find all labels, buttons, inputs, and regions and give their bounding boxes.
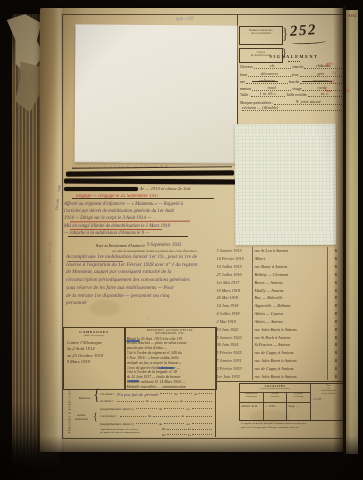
redaction-bar [64, 187, 138, 191]
residence-row: 30 Juin 1924 St Fuscien — Amiens R [216, 341, 345, 349]
localites-cell-2: — 1916 — [264, 403, 288, 420]
armee-group-label-2: territoriale [75, 417, 88, 421]
signalement-title: SIGNALEMENT [250, 54, 338, 59]
residence-row: 14 Juin 1918 Aigneville — Béthune R [216, 302, 345, 310]
residence-row: 14 Février 1915 Albert R [216, 255, 345, 263]
center-mark: ·:· [146, 316, 150, 321]
exercices-row: 1re (durée) ! du au [100, 411, 213, 419]
strikethrough [302, 81, 332, 82]
raye-paragraph-line: sous réserve de les faire aux établissem… [66, 285, 214, 293]
localites-col1-header: Subdivision derecrutement [240, 393, 264, 402]
campagnes-entry: du 2 Août 1914 [67, 346, 123, 353]
bottom-shadow [0, 436, 363, 480]
residence-row: 27 Juillet 1916 Béthisy — Clermont R [216, 270, 345, 278]
residence-row: 19 Mars 1918 Mailly — Amiens R [216, 286, 345, 294]
blessures-lines: Blessé le 25 Sept. 1915 à la côte 119dev… [127, 337, 216, 390]
record-tail-text: 4e — 1915 et classe 2e Juil. [140, 186, 236, 191]
campagnes-entry: Contre l'Allemagne [67, 340, 123, 347]
residence-row: 1er Mai 1917 Boves — Amiens R [216, 278, 345, 286]
localites-col3-header: En dehorsde l'Europe [287, 393, 310, 402]
marques-line-2: révision — (illisible) [242, 105, 342, 111]
residence-row: 7 Janvier 1931 rue Jules Barni à Amiens … [216, 357, 345, 365]
raye-stamp-label: Rayé au Recrutement d'Amiens le [96, 244, 145, 248]
exercices-last-label-2: des gardes des voies de communication [100, 431, 162, 434]
residence-column-rule [252, 247, 253, 380]
paragraph-underline [67, 261, 123, 262]
residence-row: 2 Mai 1919 Athies — Amiens R [216, 317, 345, 325]
strikethrough [72, 198, 214, 199]
strikethrough [252, 81, 278, 82]
campagnes-entry: 9 Mars 1919 [67, 359, 123, 366]
du-label: Du [162, 427, 166, 431]
register-book-photo: Numéro matricule du recrutement } 252 Cl… [0, 0, 363, 480]
exercices-row: 1re durée ! N'a pas fait de période du a… [100, 388, 213, 396]
raye-subline: par suite de renseignements donnés la po… [80, 249, 230, 253]
raye-paragraph-line: personnel [66, 300, 214, 308]
raye-paragraph: Accomplit une 1re mobilisation Janvier 1… [66, 254, 214, 308]
residence-row: 26 Mai 1918 Rue — Abbeville R [216, 294, 345, 302]
residence-row: 5 Janvier 1922 rue St Roch à Amiens R [216, 333, 345, 341]
residence-row: 4 Juillet 1918 Athies — Cayeux R [216, 310, 345, 318]
localites-table: LOCALITÉS (à inscrire seulement après av… [239, 383, 347, 421]
campagnes-entry: au 23 Octobre 1919 [67, 353, 123, 360]
reserve-group-label: Réserve .. [79, 396, 92, 400]
raye-stamp-line: Rayé au Recrutement d'Amiens le 9 Septem… [96, 243, 226, 248]
ink-record-lines: Affecté au régiment d'infanterie — « Mai… [64, 201, 238, 237]
residences-table: 7 Janvier 1915 rue St Leu à Amiens R 14 … [216, 247, 345, 380]
matricule-number: 252 [289, 22, 317, 41]
exercices-rows: 1re durée ! N'a pas fait de période du a… [100, 388, 213, 426]
next-page-red-stamp: SIG [348, 13, 358, 18]
red-ink-note: 7bre [324, 88, 332, 94]
matricule-number-box: Numéro matricule du recrutement [239, 26, 283, 45]
brace-glyph: } [282, 24, 288, 43]
strikethrough [68, 236, 188, 237]
signalement-line: front découvert yeux gris [240, 69, 343, 76]
localites-cell-1: Amiens 4e R. [240, 403, 264, 420]
exercices-row: (supplémentaire durée !) du au [100, 403, 213, 411]
next-page-red-scribble: 25 [345, 88, 351, 93]
residence-row: 10 Juin 1920 rue Jules Barni à Amiens R [216, 325, 345, 333]
exercices-row: (supplémentaire durée !) du au [100, 418, 213, 426]
exercices-row: 2e durée ! du au [100, 396, 213, 404]
raye-paragraph-line: de la retraite 1re disponible — personne… [66, 293, 214, 301]
localites-col2-header: Nationsétrangères [264, 393, 288, 402]
localites-note-2: gares et de l'étranger après l'Europe, c… [241, 426, 343, 429]
au-label: au [188, 427, 191, 431]
localites-cell-3: Angl. — [287, 403, 310, 420]
localites-subtitle: (à inscrire seulement après avis officie… [240, 388, 310, 390]
raye-paragraph-line: réserve à l'expiration du 1er Février 19… [66, 262, 214, 270]
localites-note-1: Se rappeler au besoin, que pour les homm… [241, 422, 343, 425]
next-page-sliver [346, 10, 358, 454]
red-strikethrough [70, 229, 162, 230]
residence-column-rule [327, 247, 328, 380]
raye-paragraph-line: circonscription périodiquement des convo… [66, 277, 214, 285]
campagnes-box: CAMPAGNES (durée des services) Contre l'… [63, 327, 126, 390]
redaction-bar [64, 178, 236, 184]
brace-glyph: { [93, 410, 98, 422]
pasted-grid-sheet [235, 124, 337, 246]
residence-row: 5 Février 1925 rue de Cagny à Amiens R [216, 349, 345, 357]
residence-row: 7 Janvier 1915 rue St Leu à Amiens R [216, 247, 345, 255]
residence-table-bottom-rule [216, 381, 345, 382]
raye-paragraph-line: de Monsieur, auquel par conséquent ratta… [66, 269, 214, 277]
matricule-box-label-2: du recrutement [240, 32, 282, 35]
ink-record-line: Affecté au régiment d'infanterie — « Mai… [64, 201, 238, 208]
campagnes-entries: Contre l'Allemagnedu 2 Août 1914au 23 Oc… [67, 340, 123, 366]
pasted-blank-sheet [75, 24, 238, 163]
blessures-title-2: DÉCORATIONS, ETC. [125, 332, 217, 335]
residence-row: 2 Février 1933 rue de Cagny à Amiens R [216, 364, 345, 372]
residence-row: 1er Juin 1933 rue Jules Barni à Amiens R [216, 372, 345, 380]
residence-row: 10 Juillet 1915 rue Basse à Amiens R [216, 263, 345, 271]
ink-record-line: l'activité par décret de mobilisation gé… [64, 208, 238, 215]
campagnes-subtitle: (durée des services) [64, 334, 125, 337]
raye-stamp-date: 9 Septembre 1933 [147, 243, 181, 248]
exercices-side-label: PÉRIODES D'EXERCICES [69, 388, 72, 436]
signalement-lines: Cheveux ch. sourcils châtains front déco… [240, 62, 343, 91]
